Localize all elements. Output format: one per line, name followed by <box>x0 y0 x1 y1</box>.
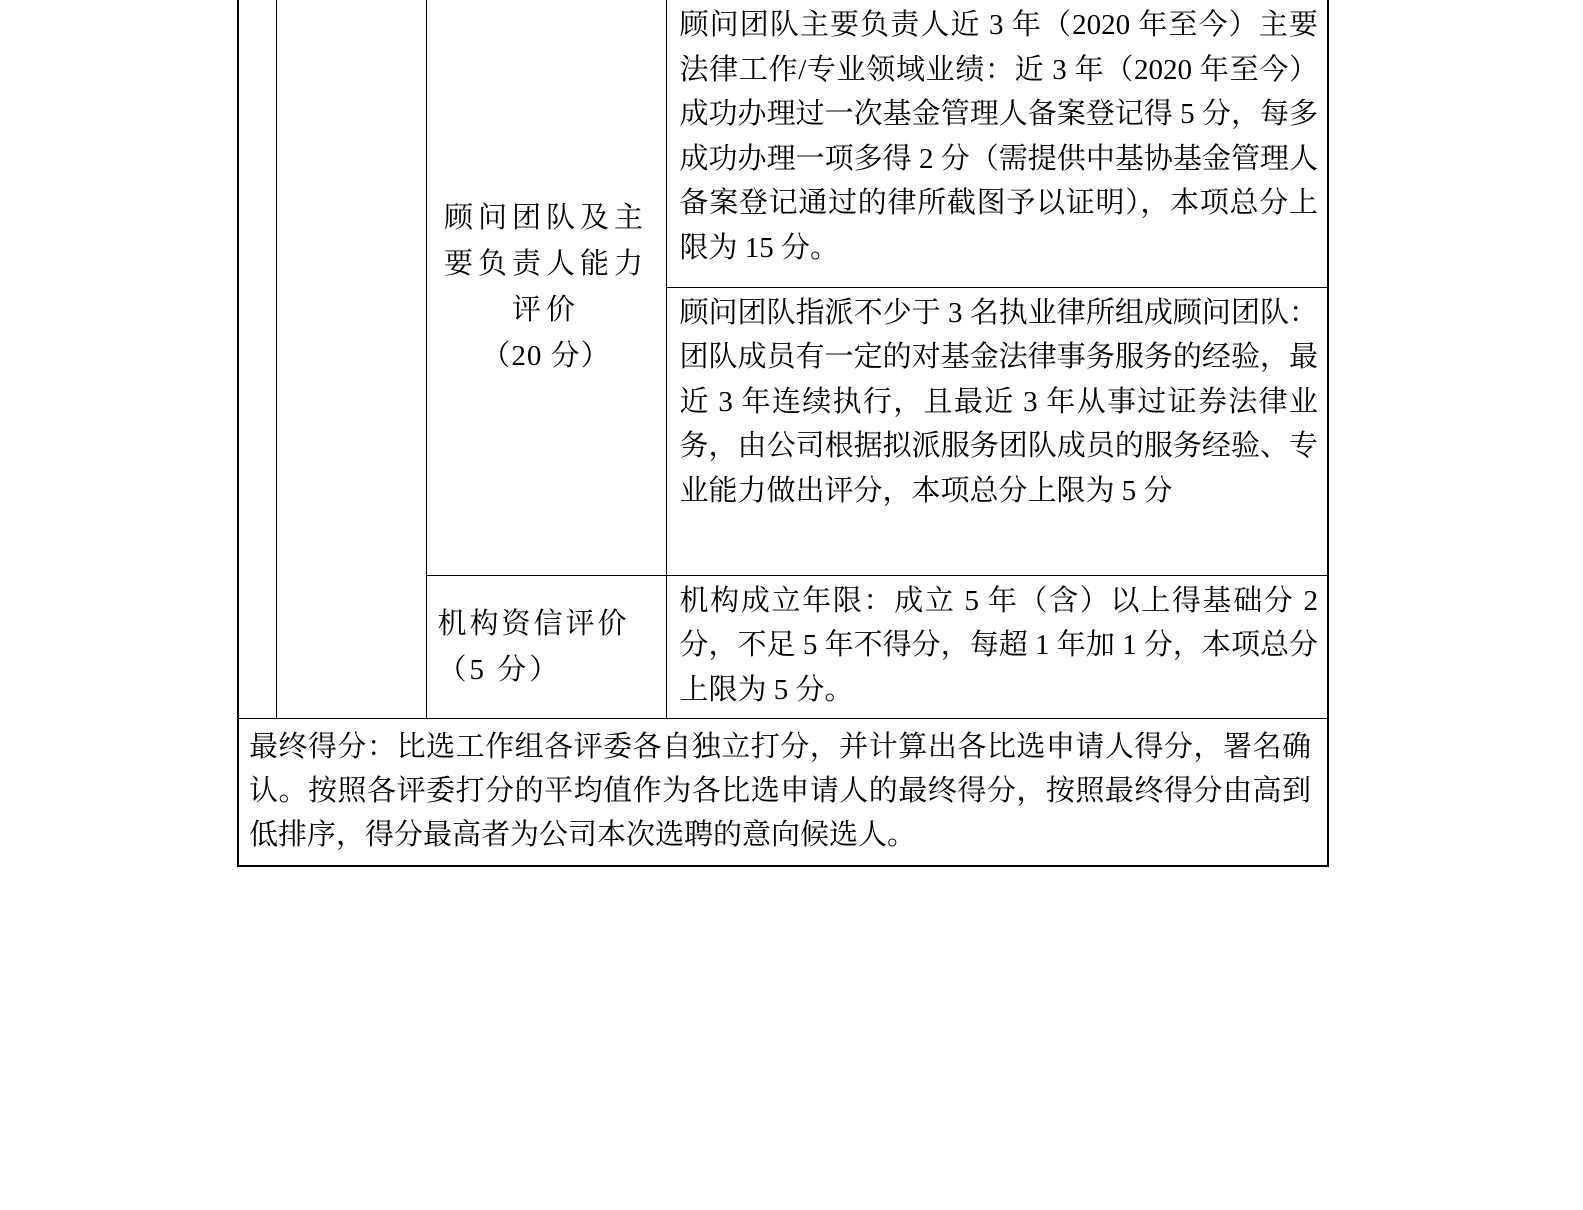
criterion-score: （5 分） <box>427 647 666 693</box>
final-score-cell: 最终得分：比选工作组各评委各自独立打分，并计算出各比选申请人得分，署名确认。按照… <box>238 718 1328 866</box>
detail-cell-team-members: 顾问团队指派不少于 3 名执业律所组成顾问团队：团队成员有一定的对基金法律事务服… <box>666 287 1328 575</box>
detail-paragraph: 机构成立年限：成立 5 年（含）以上得基础分 2 分，不足 5 年不得分，每超 … <box>667 576 1328 713</box>
criterion-score: （20 分） <box>427 333 666 379</box>
evaluation-criteria-table: 顾问团队及主要负责人能力评价 （20 分） 顾问团队主要负责人近 3 年（202… <box>237 0 1329 867</box>
detail-cell-org-age: 机构成立年限：成立 5 年（含）以上得基础分 2 分，不足 5 年不得分，每超 … <box>666 575 1328 718</box>
detail-cell-lead-track-record: 顾问团队主要负责人近 3 年（2020 年至今）主要法律工作/专业领域业绩：近 … <box>666 0 1328 287</box>
criterion-title: 顾问团队及主要负责人能力评价 <box>439 195 653 333</box>
detail-paragraph: 顾问团队主要负责人近 3 年（2020 年至今）主要法律工作/专业领域业绩：近 … <box>667 0 1328 270</box>
criterion-cell-credit-standing: 机构资信评价 （5 分） <box>426 575 666 718</box>
criterion-cell-team-capability: 顾问团队及主要负责人能力评价 （20 分） <box>426 0 666 575</box>
continued-empty-cell-left <box>238 0 276 718</box>
detail-paragraph: 顾问团队指派不少于 3 名执业律所组成顾问团队：团队成员有一定的对基金法律事务服… <box>667 288 1328 514</box>
criterion-title: 机构资信评价 <box>427 601 666 647</box>
final-score-paragraph: 最终得分：比选工作组各评委各自独立打分，并计算出各比选申请人得分，署名确认。按照… <box>239 719 1327 857</box>
continued-empty-cell-category <box>276 0 426 718</box>
